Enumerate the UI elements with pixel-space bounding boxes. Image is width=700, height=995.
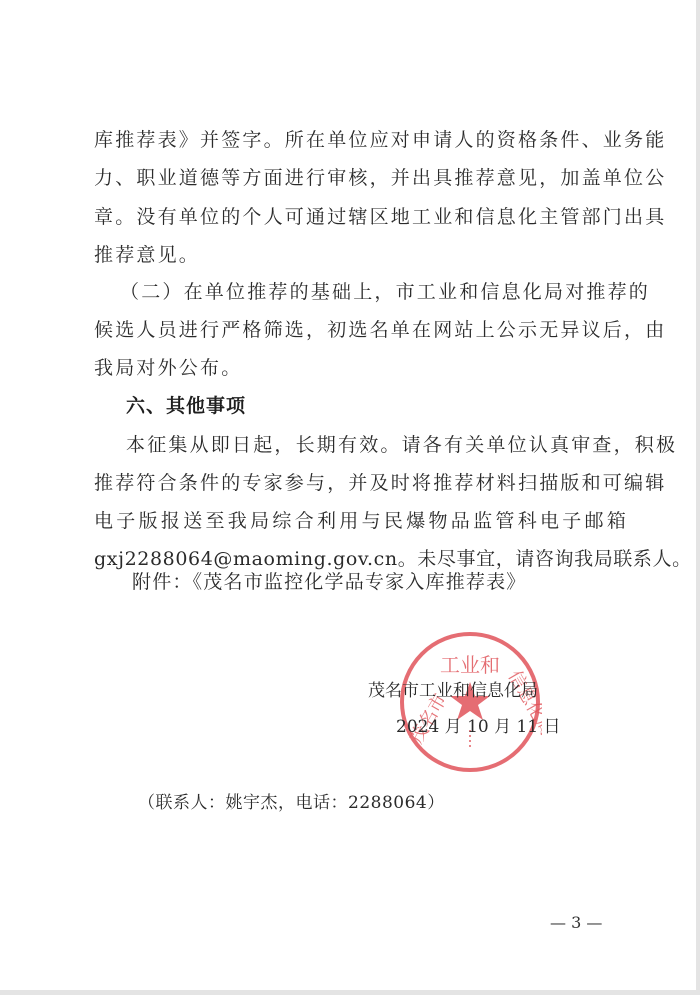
official-seal-icon: 工业和 茂名市 信息化局 [398,630,542,774]
paragraph-line: （二）在单位推荐的基础上，市工业和信息化局对推荐的 [120,277,650,304]
section-line: 电子版报送至我局综合利用与民爆物品监管科电子邮箱 [94,506,629,533]
section-line: 推荐符合条件的专家参与，并及时将推荐材料扫描版和可编辑 [94,468,666,495]
paragraph-line: 库推荐表》并签字。所在单位应对申请人的资格条件、业务能 [94,125,666,152]
svg-text:工业和: 工业和 [440,653,500,677]
signature-date: 2024 月 10 月 11 日 [396,712,561,737]
paragraph-line: 我局对外公布。 [94,353,242,380]
page-number: — 3 — [550,913,602,932]
paragraph-line: 力、职业道德等方面进行审核，并出具推荐意见，加盖单位公 [94,163,666,190]
paragraph-line: 章。没有单位的个人可通过辖区地工业和信息化主管部门出具 [94,202,666,229]
paragraph-line: 推荐意见。 [94,240,200,267]
paragraph-line: 候选人员进行严格筛选，初选名单在网站上公示无异议后，由 [94,315,666,342]
section-heading: 六、其他事项 [126,391,246,418]
section-line: 本征集从即日起，长期有效。请各有关单位认真审查，积极 [126,430,677,457]
attachment-line: 附件：《茂名市监控化学品专家入库推荐表》 [132,567,527,594]
contact-info: （联系人：姚宇杰，电话：2288064） [138,788,445,813]
document-page: 库推荐表》并签字。所在单位应对申请人的资格条件、业务能 力、职业道德等方面进行审… [0,0,696,990]
signature-org: 茂名市工业和信息化局 [368,676,538,701]
